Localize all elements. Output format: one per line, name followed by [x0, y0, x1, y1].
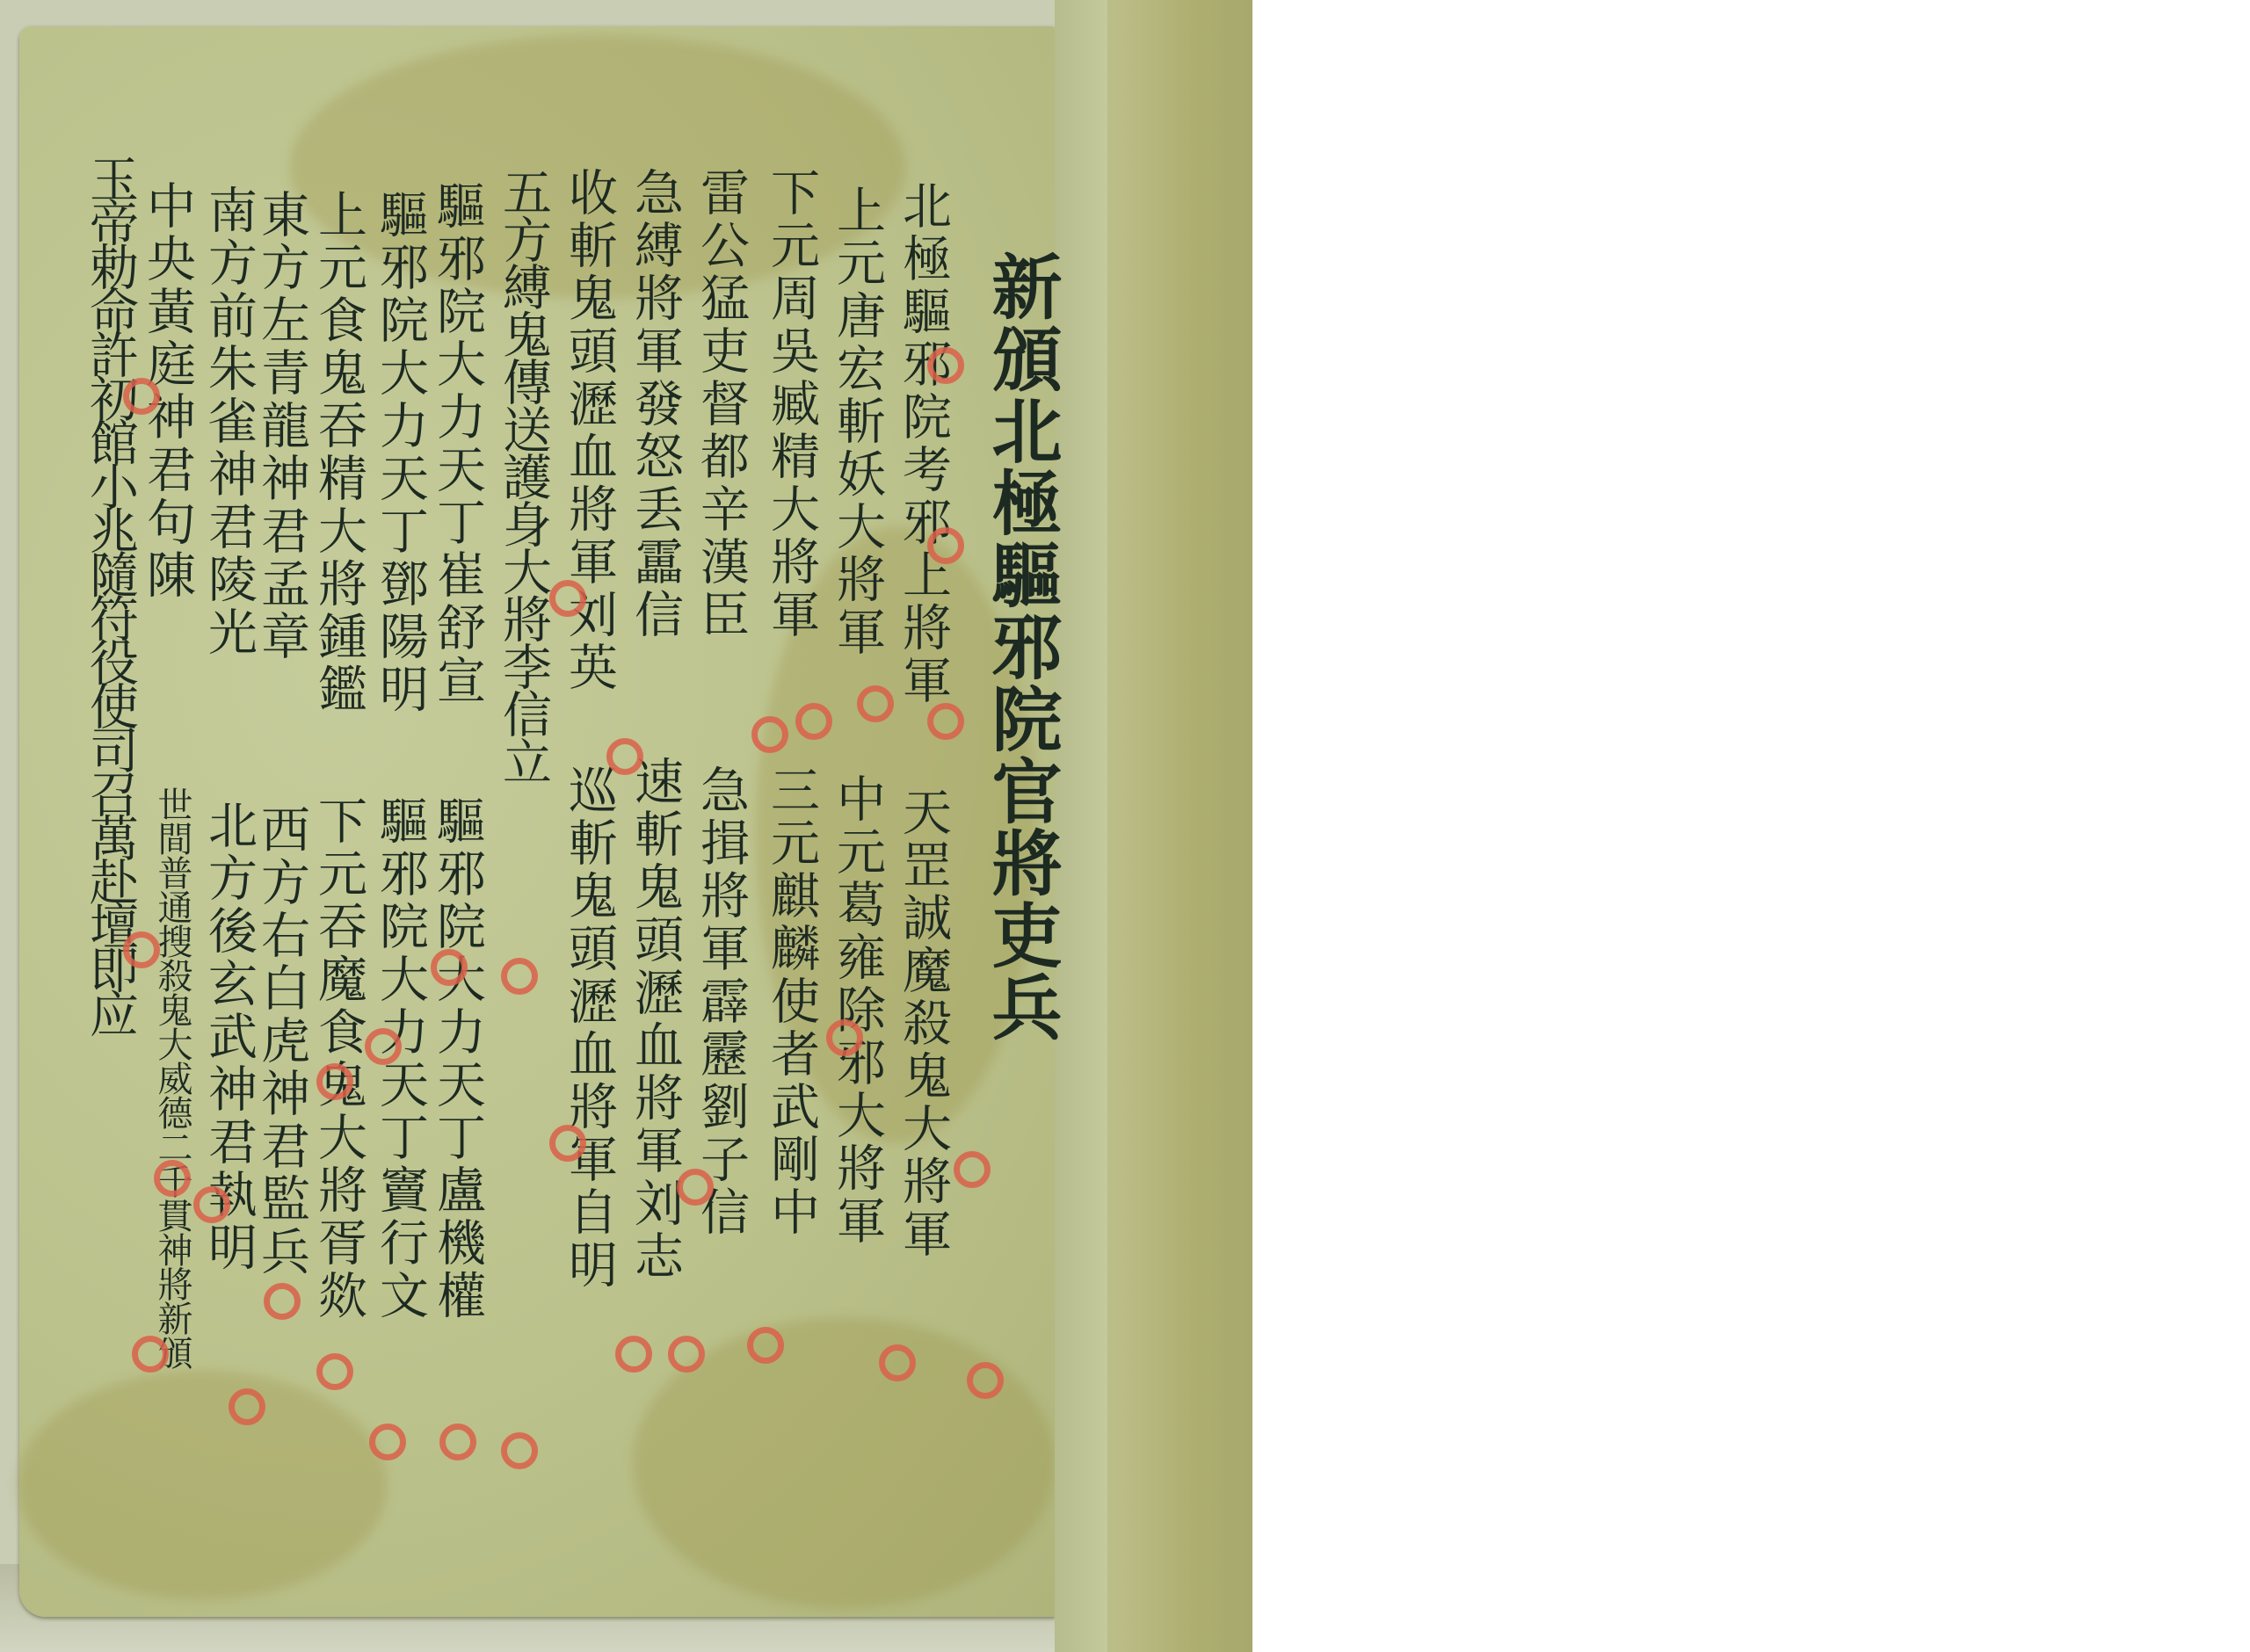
red-punctuation-mark: [431, 949, 468, 986]
red-punctuation-mark: [132, 1336, 169, 1373]
text-column-9-upper: 驅邪院大力天丁鄧陽明: [365, 189, 435, 716]
red-punctuation-mark: [549, 1125, 586, 1162]
red-punctuation-mark: [927, 527, 964, 564]
red-punctuation-mark: [677, 1169, 714, 1206]
page-title: 新頒北極驅邪院官將吏兵: [971, 250, 1072, 1043]
text-column-3-upper: 下元周吳臧精大將軍: [756, 167, 826, 641]
text-column-5-lower: 速斬鬼頭瀝血將軍刘志: [620, 756, 690, 1283]
water-stain: [18, 1371, 387, 1599]
red-punctuation-mark: [606, 738, 643, 775]
text-column-2-lower: 中元葛雍除邪大將軍: [822, 773, 892, 1248]
text-column-3-lower: 三元麒麟使者武剛中: [756, 764, 826, 1239]
red-punctuation-mark: [751, 716, 788, 753]
red-punctuation-mark: [123, 378, 160, 415]
red-punctuation-mark: [501, 958, 538, 995]
text-column-5-upper: 急縛將軍發怒丢靁信: [620, 167, 690, 641]
text-column-14: 玉帝勅命許初館小兆隨符役使司召萬赴壇即应: [75, 154, 145, 1032]
red-punctuation-mark: [927, 703, 964, 740]
red-punctuation-mark: [795, 703, 832, 740]
red-punctuation-mark: [747, 1327, 784, 1364]
text-column-4-upper: 雷公猛吏督都辛漢臣: [686, 167, 756, 641]
red-punctuation-mark: [264, 1283, 301, 1320]
red-punctuation-mark: [316, 1063, 353, 1100]
text-column-1-lower: 天罡誠魔殺鬼大將軍: [888, 786, 958, 1261]
text-column-1-upper: 北極驅邪院考邪上將軍: [888, 180, 958, 707]
red-punctuation-mark: [193, 1186, 230, 1223]
red-punctuation-mark: [954, 1151, 991, 1188]
water-stain: [1107, 0, 1252, 1652]
red-punctuation-mark: [369, 1424, 406, 1460]
text-column-4-lower: 急揖將軍霹靂劉子信: [686, 764, 756, 1239]
red-punctuation-mark: [857, 685, 894, 722]
red-punctuation-mark: [549, 580, 586, 617]
red-punctuation-mark: [154, 1160, 191, 1197]
red-punctuation-mark: [967, 1362, 1004, 1399]
text-column-12-upper: 南方前朱雀神君陵光: [193, 185, 264, 659]
red-punctuation-mark: [879, 1344, 916, 1381]
red-punctuation-mark: [316, 1353, 353, 1390]
text-column-13-lower: 世間普通搜殺鬼大威德二千貫神將新頒: [148, 786, 198, 1369]
manuscript-photo: 新頒北極驅邪院官將吏兵 北極驅邪院考邪上將軍 天罡誠魔殺鬼大將軍 上元唐宏斬妖大…: [0, 0, 1252, 1652]
red-punctuation-mark: [927, 347, 964, 384]
red-punctuation-mark: [826, 1019, 863, 1056]
text-column-2-upper: 上元唐宏斬妖大將軍: [822, 185, 892, 659]
text-column-7: 五方縛鬼傳送護身大將李信立: [488, 167, 558, 784]
text-column-6-lower: 巡斬鬼頭瀝血將軍自明: [554, 764, 624, 1292]
red-punctuation-mark: [615, 1336, 652, 1373]
red-punctuation-mark: [668, 1336, 705, 1373]
red-punctuation-mark: [501, 1432, 538, 1469]
red-punctuation-mark: [365, 1028, 402, 1065]
red-punctuation-mark: [123, 931, 160, 968]
red-punctuation-mark: [229, 1388, 265, 1425]
red-punctuation-mark: [439, 1424, 476, 1460]
